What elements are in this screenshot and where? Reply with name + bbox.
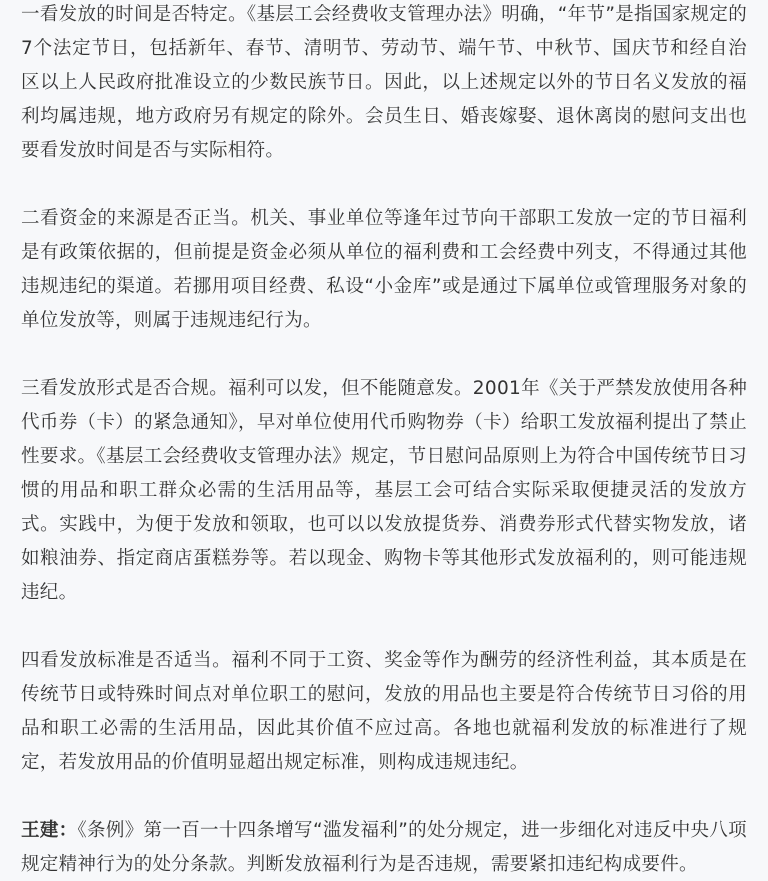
paragraph-quote: 王建：《条例》第一百一十四条增写“滥发福利”的处分规定，进一步细化对违反中央八项…	[21, 814, 747, 881]
paragraph-funding-source: 二看资金的来源是否正当。机关、事业单位等逢年过节向干部职工发放一定的节日福利是有…	[21, 202, 747, 338]
paragraph-distribution-form: 三看发放形式是否合规。福利可以发，但不能随意发。2001年《关于严禁发放使用各种…	[21, 372, 747, 610]
paragraph-distribution-standard: 四看发放标准是否适当。福利不同于工资、奖金等作为酬劳的经济性利益，其本质是在传统…	[21, 644, 747, 780]
article-body: 一看发放的时间是否特定。《基层工会经费收支管理办法》明确，“年节”是指国家规定的…	[0, 0, 768, 881]
quote-text: 《条例》第一百一十四条增写“滥发福利”的处分规定，进一步细化对违反中央八项规定精…	[21, 820, 747, 875]
speaker-name: 王建：	[21, 820, 77, 841]
paragraph-timing: 一看发放的时间是否特定。《基层工会经费收支管理办法》明确，“年节”是指国家规定的…	[21, 0, 747, 168]
